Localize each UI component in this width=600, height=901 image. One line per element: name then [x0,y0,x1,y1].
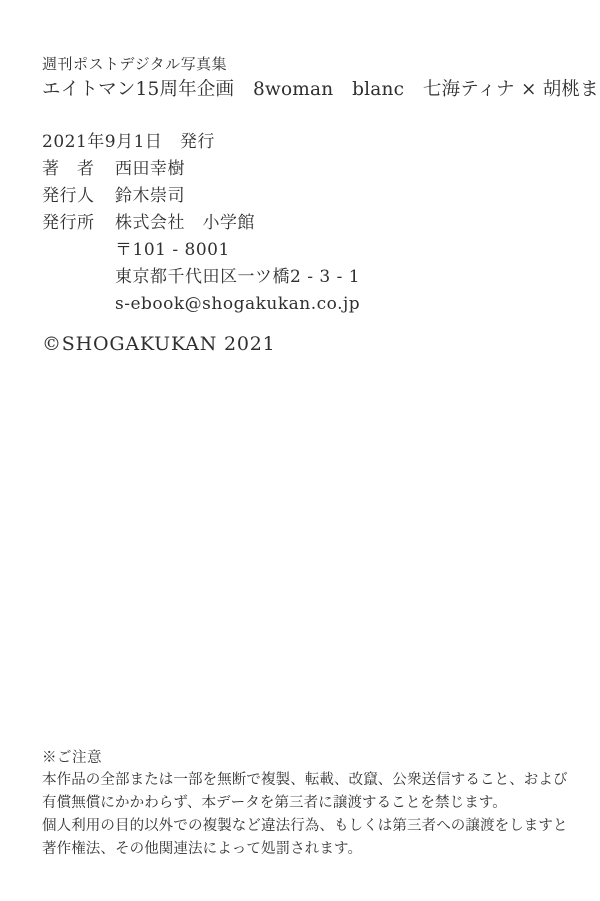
email-address: s-ebook@shogakukan.co.jp [115,291,360,318]
row-publisher-person: 発行人 鈴木崇司 [42,183,360,210]
caution-heading: ※ご注意 [42,747,572,769]
caution-line-3: 個人利用の目的以外での複製など違法行為、もしくは第三者への譲渡をしますと [42,815,572,838]
caution-section: ※ご注意 本作品の全部または一部を無断で複製、転載、改竄、公衆送信すること、およ… [42,747,572,861]
row-publishing-house: 発行所 株式会社 小学館 [42,210,360,237]
title-block: 週刊ポストデジタル写真集 エイトマン15周年企画 8woman blanc 七海… [42,55,580,101]
publisher-address: 〒101 - 8001 東京都千代田区一ツ橋2 - 3 - 1 s-ebook@… [42,237,360,318]
row-author: 著 者 西田幸樹 [42,156,360,183]
publisher-person-name: 鈴木崇司 [115,183,185,210]
issue-date-line: 2021年9月1日 発行 [42,129,360,156]
series-title: 週刊ポストデジタル写真集 [42,55,580,73]
colophon-page: 週刊ポストデジタル写真集 エイトマン15周年企画 8woman blanc 七海… [0,0,600,901]
publishing-house-label: 発行所 [42,210,115,237]
caution-line-4: 著作権法、その他関連法によって処罰されます。 [42,838,572,861]
author-name: 西田幸樹 [115,156,185,183]
postal-code: 〒101 - 8001 [115,237,360,264]
caution-line-1: 本作品の全部または一部を無断で複製、転載、改竄、公衆送信すること、および [42,769,572,792]
author-label: 著 者 [42,156,115,183]
book-title: エイトマン15周年企画 8woman blanc 七海ティナ × 胡桃まどか [42,78,580,101]
copyright-notice: ©SHOGAKUKAN 2021 [42,333,276,355]
publisher-person-label: 発行人 [42,183,115,210]
street-address: 東京都千代田区一ツ橋2 - 3 - 1 [115,264,360,291]
caution-line-2: 有償無償にかかわらず、本データを第三者に譲渡することを禁じます。 [42,792,572,815]
publishing-house-name: 株式会社 小学館 [115,210,255,237]
publication-info: 2021年9月1日 発行 著 者 西田幸樹 発行人 鈴木崇司 発行所 株式会社 … [42,129,360,318]
